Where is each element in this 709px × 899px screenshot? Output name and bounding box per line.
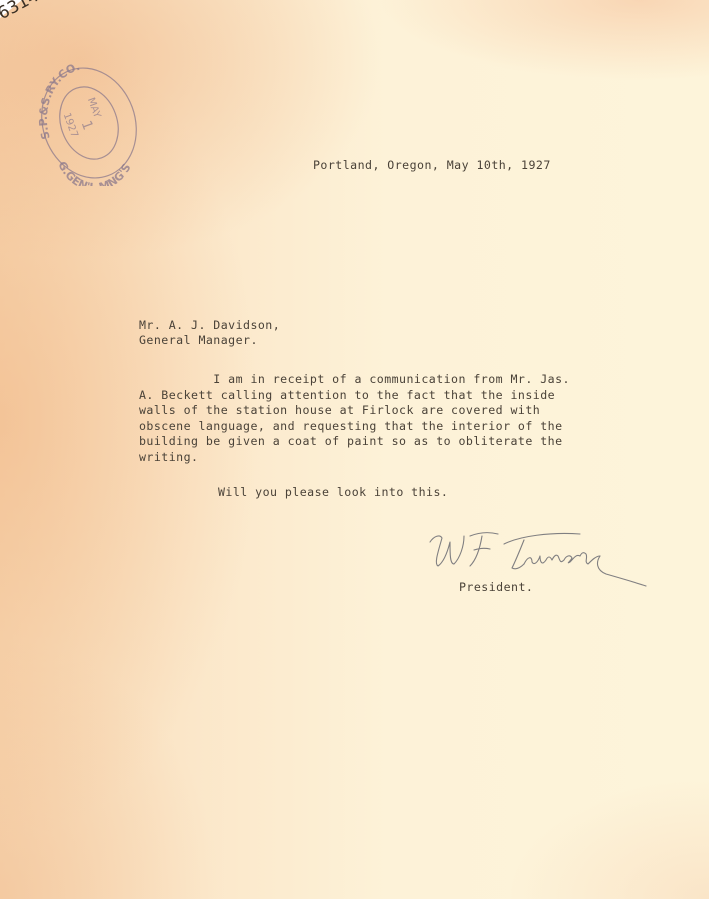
addressee-title: General Manager. <box>139 333 258 349</box>
stamp-bottom-text: G.GEN'L.MNG'S <box>55 159 133 186</box>
body-line: writing. <box>139 450 198 466</box>
body-line: A. Beckett calling attention to the fact… <box>139 388 555 404</box>
stamp-month: MAY <box>85 96 103 120</box>
letter-page: 6314 S.P.&S.RY.CO. G.GEN'L.MNG'S MAY 1 1… <box>0 0 709 899</box>
stamp-day: 1 <box>78 118 96 132</box>
signature-icon <box>420 522 660 594</box>
dateline: Portland, Oregon, May 10th, 1927 <box>313 158 551 174</box>
svg-text:G.GEN'L.MNG'S: G.GEN'L.MNG'S <box>55 159 133 186</box>
body-line: obscene language, and requesting that th… <box>139 419 563 435</box>
body-line: walls of the station house at Firlock ar… <box>139 403 540 419</box>
addressee-name: Mr. A. J. Davidson, <box>139 318 280 334</box>
body-line: building be given a coat of paint so as … <box>139 434 563 450</box>
file-number-note: 6314 <box>0 0 42 24</box>
signature-title: President. <box>459 580 533 596</box>
received-stamp-icon: S.P.&S.RY.CO. G.GEN'L.MNG'S MAY 1 1927 <box>36 60 142 186</box>
body-paragraph-2: Will you please look into this. <box>218 485 448 501</box>
body-line: I am in receipt of a communication from … <box>139 372 570 388</box>
